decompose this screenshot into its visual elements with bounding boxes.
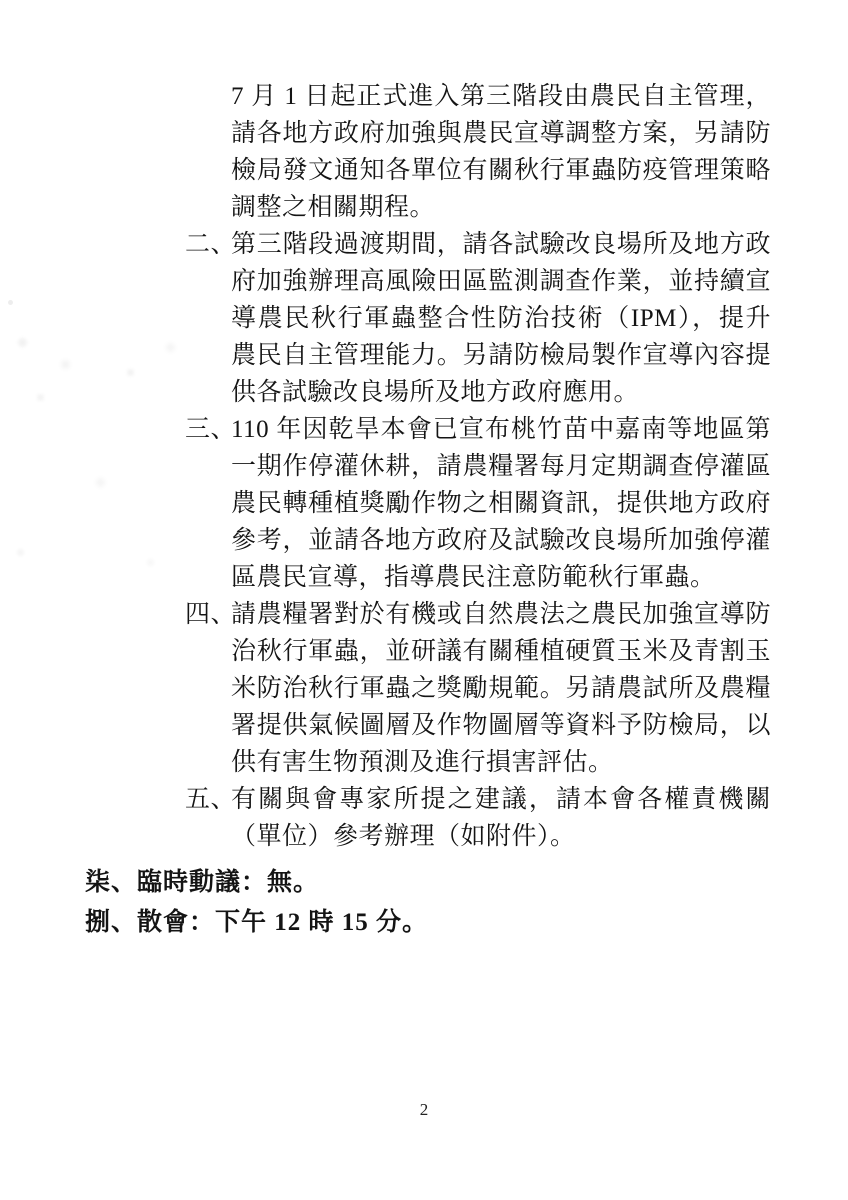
resolution-item-2: 二、 第三階段過渡期間，請各試驗改良場所及地方政府加強辦理高風險田區監測調查作業… [185, 226, 771, 411]
resolution-item-5: 五、 有關與會專家所提之建議，請本會各權責機關（單位）參考辦理（如附件）。 [185, 781, 771, 855]
meeting-minutes-body: 7 月 1 日起正式進入第三階段由農民自主管理，請各地方政府加強與農民宣導調整方… [185, 78, 771, 855]
item-3-text: 110 年因乾旱本會已宣布桃竹苗中嘉南等地區第一期作停灌休耕，請農糧署每月定期調… [231, 411, 771, 596]
adjournment-marker: 捌、 [85, 909, 137, 936]
item-5-text: 有關與會專家所提之建議，請本會各權責機關（單位）參考辦理（如附件）。 [231, 781, 771, 855]
item-2-text: 第三階段過渡期間，請各試驗改良場所及地方政府加強辦理高風險田區監測調查作業，並持… [231, 226, 771, 411]
adjournment-line: 捌、散會：下午 12 時 15 分。 [85, 903, 685, 943]
closing-section: 柒、臨時動議：無。 捌、散會：下午 12 時 15 分。 [85, 863, 685, 943]
document-page: 7 月 1 日起正式進入第三階段由農民自主管理，請各地方政府加強與農民宣導調整方… [0, 0, 848, 1200]
resolution-item-4: 四、 請農糧署對於有機或自然農法之農民加強宣導防治秋行軍蟲，並研議有關種植硬質玉… [185, 596, 771, 781]
item-4-text: 請農糧署對於有機或自然農法之農民加強宣導防治秋行軍蟲，並研議有關種植硬質玉米及青… [231, 596, 771, 781]
item-3-marker: 三、 [185, 411, 231, 448]
scan-noise-artifact [8, 300, 13, 305]
resolution-item-3: 三、 110 年因乾旱本會已宣布桃竹苗中嘉南等地區第一期作停灌休耕，請農糧署每月… [185, 411, 771, 596]
extempore-motion-text: 臨時動議：無。 [137, 869, 319, 896]
page-number: 2 [0, 1100, 848, 1120]
item-4-marker: 四、 [185, 596, 231, 633]
item-2-marker: 二、 [185, 226, 231, 263]
extempore-motion-marker: 柒、 [85, 869, 137, 896]
resolution-item-1-continuation: 7 月 1 日起正式進入第三階段由農民自主管理，請各地方政府加強與農民宣導調整方… [231, 78, 771, 226]
item-5-marker: 五、 [185, 781, 231, 818]
adjournment-text: 散會：下午 12 時 15 分。 [137, 909, 428, 936]
extempore-motion-line: 柒、臨時動議：無。 [85, 863, 685, 903]
